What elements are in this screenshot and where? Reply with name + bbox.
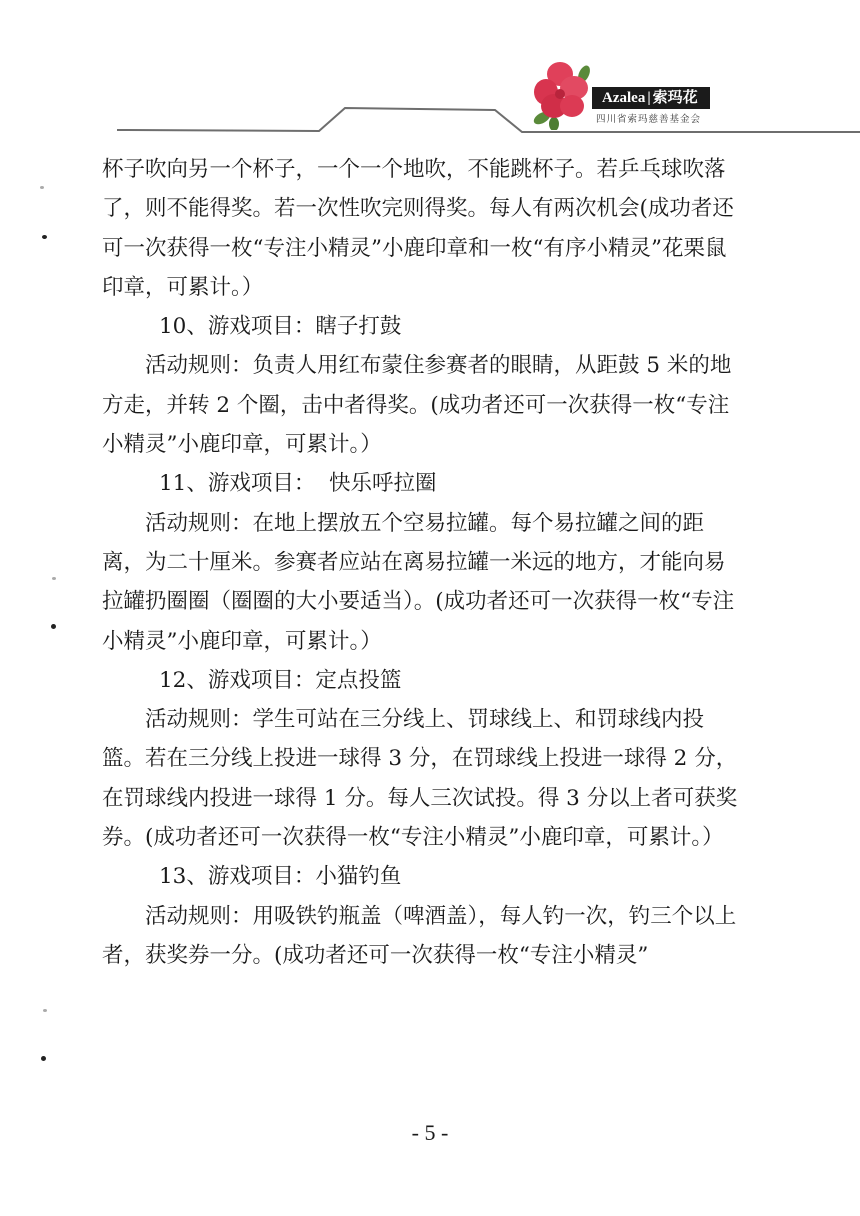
scan-speck: [41, 1056, 46, 1061]
scan-speck: [42, 235, 47, 239]
logo-brand-cn: 索玛花: [653, 90, 698, 106]
foundation-logo: Azalea|索玛花 四川省索玛慈善基金会: [530, 60, 710, 130]
logo-subtitle: 四川省索玛慈善基金会: [596, 111, 701, 125]
logo-brand-band: Azalea|索玛花: [592, 87, 710, 109]
header-rule: [0, 0, 860, 160]
page-number: - 5 -: [0, 1120, 860, 1146]
scan-speck: [40, 186, 44, 189]
item-title-12: 12、游戏项目：定点投篮: [102, 661, 742, 700]
rule-paragraph-12: 活动规则：学生可站在三分线上、罚球线上、和罚球线内投篮。若在三分线上投进一球得 …: [102, 700, 742, 857]
document-body: 杯子吹向另一个杯子，一个一个地吹，不能跳杯子。若乒乓球吹落了，则不能得奖。若一次…: [102, 150, 742, 975]
item-title-10: 10、游戏项目：瞎子打鼓: [102, 307, 742, 346]
item-title-11: 11、游戏项目： 快乐呼拉圈: [102, 464, 742, 503]
scan-speck: [43, 1009, 47, 1012]
rule-paragraph-13: 活动规则：用吸铁钓瓶盖（啤酒盖），每人钓一次，钓三个以上者，获奖券一分。(成功者…: [102, 897, 742, 976]
rule-paragraph-11: 活动规则：在地上摆放五个空易拉罐。每个易拉罐之间的距离，为二十厘米。参赛者应站在…: [102, 504, 742, 661]
item-title-13: 13、游戏项目：小猫钓鱼: [102, 857, 742, 896]
paragraph-continuation: 杯子吹向另一个杯子，一个一个地吹，不能跳杯子。若乒乓球吹落了，则不能得奖。若一次…: [102, 150, 742, 307]
scan-speck: [51, 624, 56, 629]
logo-brand-en: Azalea: [602, 90, 645, 106]
rule-paragraph-10: 活动规则：负责人用红布蒙住参赛者的眼睛，从距鼓 5 米的地方走，并转 2 个圈，…: [102, 346, 742, 464]
scan-speck: [52, 577, 56, 580]
